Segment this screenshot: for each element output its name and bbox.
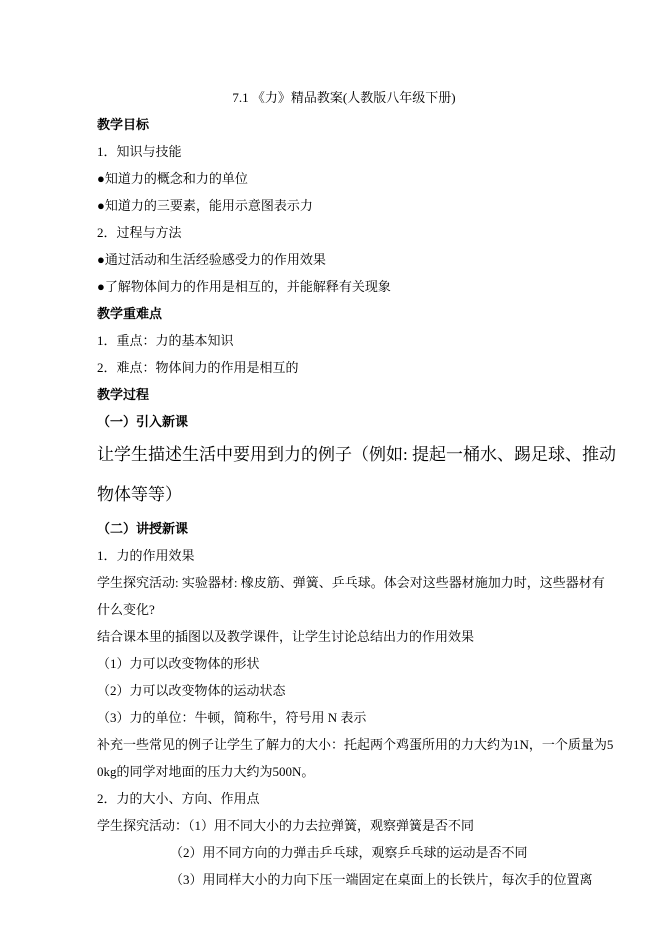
list-item: （3）用同样大小的力向下压一端固定在桌面上的长铁片，每次手的位置离 xyxy=(97,866,617,893)
bullet-item: ●通过活动和生活经验感受力的作用效果 xyxy=(97,246,617,273)
paragraph: 学生探究活动：（1）用不同大小的力去拉弹簧，观察弹簧是否不同 xyxy=(97,812,617,839)
bullet-item: ●知道力的概念和力的单位 xyxy=(97,165,617,192)
heading-zhongnandian: 教学重难点 xyxy=(97,300,617,327)
paragraph: 1．重点：力的基本知识 xyxy=(97,327,617,354)
paragraph: 2．过程与方法 xyxy=(97,219,617,246)
document-body: 7.1 《力》精品教案(人教版八年级下册)教学目标1．知识与技能●知道力的概念和… xyxy=(97,84,617,893)
bullet-item: ●知道力的三要素，能用示意图表示力 xyxy=(97,192,617,219)
paragraph: 学生探究活动: 实验器材: 橡皮筋、弹簧、乒乓球。体会对这些器材施加力时，这些器… xyxy=(97,569,617,623)
list-item: （2）力可以改变物体的运动状态 xyxy=(97,677,617,704)
paragraph: 2．难点：物体间力的作用是相互的 xyxy=(97,354,617,381)
paragraph: 结合课本里的插图以及教学课件，让学生讨论总结出力的作用效果 xyxy=(97,623,617,650)
paragraph: 1．力的作用效果 xyxy=(97,542,617,569)
list-item: （2）用不同方向的力弹击乒乓球，观察乒乓球的运动是否不同 xyxy=(97,839,617,866)
list-item: （1）力可以改变物体的形状 xyxy=(97,650,617,677)
paragraph: 补充一些常见的例子让学生了解力的大小：托起两个鸡蛋所用的力大约为1N，一个质量为… xyxy=(97,731,617,785)
document-page: 7.1 《力》精品教案(人教版八年级下册)教学目标1．知识与技能●知道力的概念和… xyxy=(0,0,661,935)
heading-jiaoxue-guocheng: 教学过程 xyxy=(97,381,617,408)
doc-title: 7.1 《力》精品教案(人教版八年级下册) xyxy=(71,84,617,111)
list-item: （3）力的单位：牛顿，简称牛，符号用 N 表示 xyxy=(97,704,617,731)
heading-yinru-xinke: （一）引入新课 xyxy=(97,408,617,435)
bullet-item: ●了解物体间力的作用是相互的，并能解释有关现象 xyxy=(97,273,617,300)
paragraph: 1．知识与技能 xyxy=(97,138,617,165)
paragraph: 2．力的大小、方向、作用点 xyxy=(97,785,617,812)
intro-sentence: 让学生描述生活中要用到力的例子（例如: 提起一桶水、踢足球、推动物体等等） xyxy=(97,435,617,515)
heading-jiaoxue-mubiao: 教学目标 xyxy=(97,111,617,138)
heading-jiangshou-xinke: （二）讲授新课 xyxy=(97,515,617,542)
